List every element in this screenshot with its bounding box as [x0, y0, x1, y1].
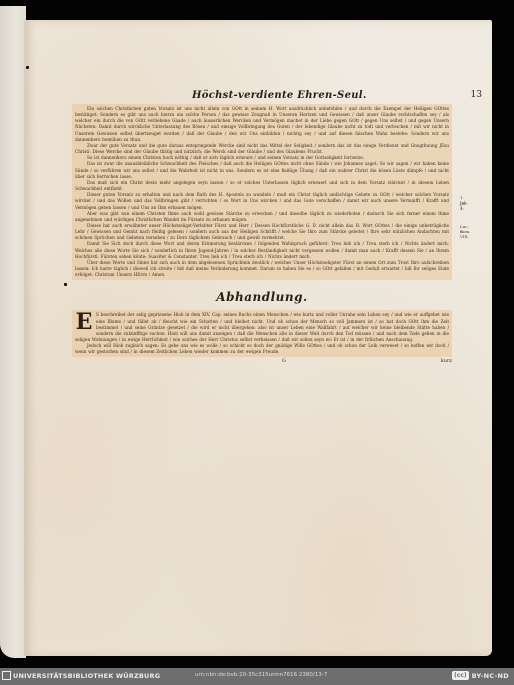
margin-note: Jac. 2. — [460, 201, 468, 211]
paragraph: Über diese Worte und Sinne hat sich auch… — [75, 260, 449, 278]
body-text-part2: E S beschreibet der selig gepriesene Hio… — [72, 310, 452, 357]
decorative-initial: E — [75, 312, 93, 332]
running-head: Höchst-verdiente Ehren-Seul. 13 — [72, 90, 452, 104]
paragraph: Das ist zwar die unausbleibliche Schwach… — [75, 161, 449, 179]
facing-page-edge — [0, 6, 26, 658]
license-badge[interactable]: (cc) BY-NC-ND — [452, 671, 509, 680]
creative-commons-icon: (cc) — [452, 671, 469, 680]
paragraph: Dieser guten Vorsatz zu erhalten und nac… — [75, 192, 449, 210]
running-title: Höchst-verdiente Ehren-Seul. — [192, 90, 367, 101]
paragraph: Jedoch will Hiob zugleich sagen: Es gehe… — [75, 343, 449, 355]
page-speck — [64, 283, 67, 286]
scan-viewer: Höchst-verdiente Ehren-Seul. 13 1. Joh. … — [0, 0, 514, 668]
section-heading: Abhandlung. — [72, 290, 452, 304]
margin-note: Rom. VIII. — [460, 229, 470, 239]
signature-mark: G — [282, 358, 286, 364]
page-content: Höchst-verdiente Ehren-Seul. 13 1. Joh. … — [72, 90, 452, 366]
institution-name: UNIVERSITÄTSBIBLIOTHEK WÜRZBURG — [13, 672, 160, 680]
footer-bar: UNIVERSITÄTSBIBLIOTHEK WÜRZBURG urn:nbn:… — [0, 668, 514, 685]
page-foot: G kurz — [72, 358, 452, 366]
institution-logo[interactable]: UNIVERSITÄTSBIBLIOTHEK WÜRZBURG — [2, 671, 160, 680]
paragraph: Damit Sie Sich doch durch diese Wort und… — [75, 241, 449, 259]
document-page: Höchst-verdiente Ehren-Seul. 13 1. Joh. … — [24, 20, 492, 656]
paragraph: Das muß sich ein Christ desto mehr angel… — [75, 180, 449, 192]
paragraph: S beschreibet der selig gepriesene Hiob … — [75, 312, 449, 343]
body-text-part1: Ein solchen Christlichen guten Vorsatz i… — [72, 104, 452, 280]
page-speck — [26, 66, 29, 69]
library-logo-icon — [2, 671, 11, 680]
page-number: 13 — [471, 90, 482, 100]
license-label: BY-NC-ND — [472, 672, 509, 680]
paragraph: Zwar der gute Vorsatz und die gute darau… — [75, 143, 449, 155]
paragraph: Dieses hat auch erwähnter unser Höchstse… — [75, 223, 449, 241]
catchword: kurz — [441, 358, 452, 364]
paragraph: Ein solchen Christlichen guten Vorsatz i… — [75, 106, 449, 143]
paragraph: Aber was gibt nun einem Christen Ihme au… — [75, 211, 449, 223]
urn-identifier[interactable]: urn:nbn:de:bvb:20-35c315urmn7616 2380/13… — [195, 672, 327, 678]
